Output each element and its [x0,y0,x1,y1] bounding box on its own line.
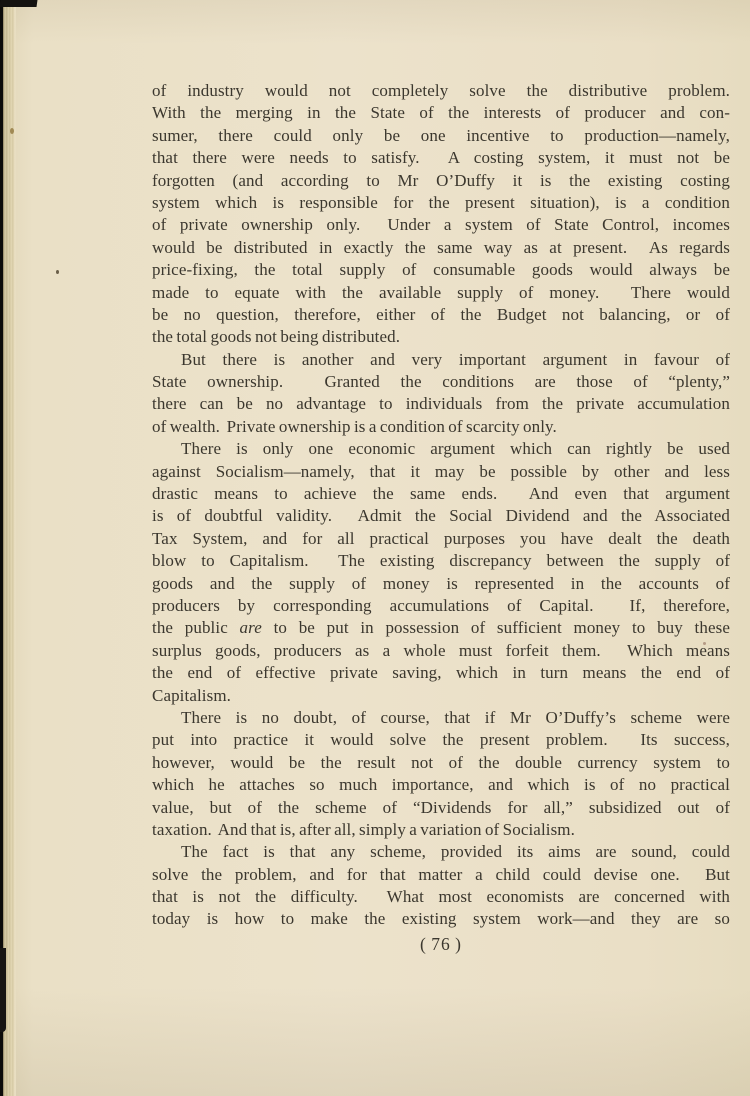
scan-corner-shadow [0,0,37,7]
text-block: of industry would not completely solve t… [152,80,730,956]
paragraph: There is no doubt, of course, that if Mr… [152,707,730,841]
text-line: Capitalism. [152,685,730,707]
book-scan: of industry would not completely solve t… [0,0,750,1096]
text-line: sumer, there could only be one incentive… [152,125,730,147]
paper-speck [56,270,59,274]
text-line: solve the problem, and for that matter a… [152,864,730,886]
text-line: which he attaches so much importance, an… [152,774,730,796]
text-line: price-fixing, the total supply of consum… [152,259,730,281]
text-line: is of doubtful validity. Admit the Socia… [152,505,730,527]
text-line: there can be no advantage to individuals… [152,393,730,415]
text-line: drastic means to achieve the same ends. … [152,483,730,505]
text-line: however, would be the result not of the … [152,752,730,774]
text-line: be no question, therefore, either of the… [152,304,730,326]
text-line: State ownership. Granted the conditions … [152,371,730,393]
text-line: of wealth. Private ownership is a condit… [152,416,730,438]
text-line: that is not the difficulty. What most ec… [152,886,730,908]
page-edge-stack [3,0,16,1096]
text-line: value, but of the scheme of “Dividends f… [152,797,730,819]
scan-edge-shadow [0,948,6,1032]
text-line: With the merging in the State of the int… [152,102,730,124]
text-line: taxation. And that is, after all, simply… [152,819,730,841]
text-line: the total goods not being distributed. [152,326,730,348]
text-line: that there were needs to satisfy. A cost… [152,147,730,169]
text-line: The fact is that any scheme, provided it… [152,841,730,863]
text-line: today is how to make the existing system… [152,908,730,930]
paragraph: The fact is that any scheme, provided it… [152,841,730,931]
text-line: the end of effective private saving, whi… [152,662,730,684]
text-line: There is no doubt, of course, that if Mr… [152,707,730,729]
text-line: There is only one economic argument whic… [152,438,730,460]
text-line: Tax System, and for all practical purpos… [152,528,730,550]
text-line: forgotten (and according to Mr O’Duffy i… [152,170,730,192]
text-line: made to equate with the available supply… [152,282,730,304]
text-line: the public are to be put in possession o… [152,617,730,639]
text-line: would be distributed in exactly the same… [152,237,730,259]
paragraph: There is only one economic argument whic… [152,438,730,707]
paper-speck [10,128,14,134]
text-line: goods and the supply of money is represe… [152,573,730,595]
text-line: of industry would not completely solve t… [152,80,730,102]
text-line: surplus goods, producers as a whole must… [152,640,730,662]
text-line: But there is another and very important … [152,349,730,371]
paragraph: of industry would not completely solve t… [152,80,730,349]
paragraph: But there is another and very important … [152,349,730,439]
text-line: blow to Capitalism. The existing discrep… [152,550,730,572]
text-line: put into practice it would solve the pre… [152,729,730,751]
page-number: ( 76 ) [152,932,730,956]
text-line: against Socialism—namely, that it may be… [152,461,730,483]
text-line: producers by corresponding accumulations… [152,595,730,617]
text-line: of private ownership only. Under a syste… [152,214,730,236]
text-line: system which is responsible for the pres… [152,192,730,214]
